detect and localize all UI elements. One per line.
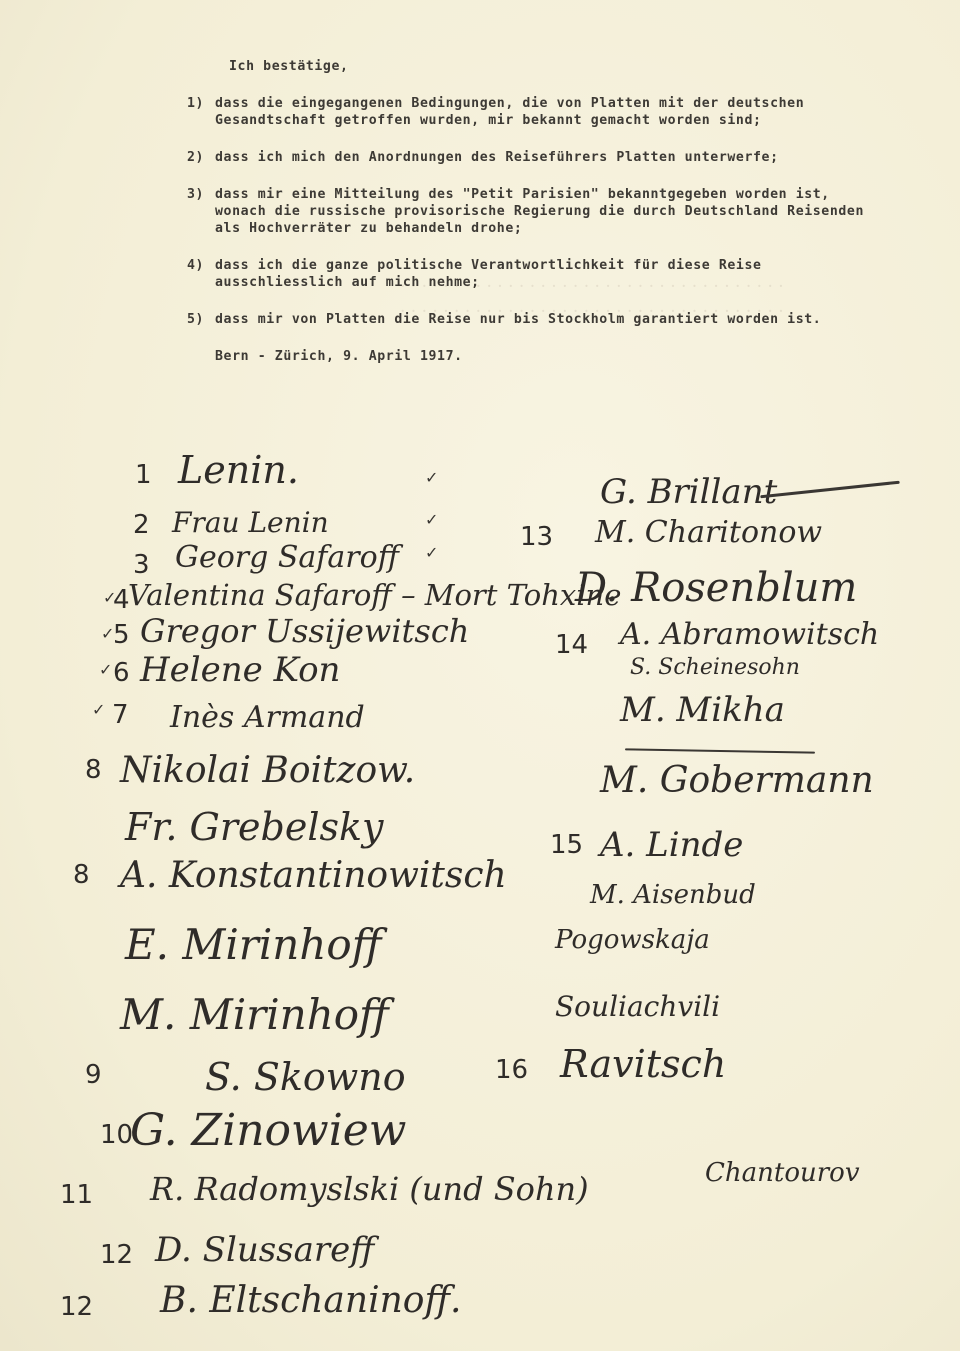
check-mark-icon: ✓ [425,543,438,562]
handwritten-signature: Helene Kon [140,650,340,690]
signature-number: 10 [100,1120,133,1150]
signature-number: 12 [60,1292,93,1322]
handwritten-signature: M. Mirinhoff [120,990,389,1039]
pen-stroke [625,748,815,753]
signature-number: 6 [113,658,130,688]
handwritten-signature: Georg Safaroff [175,540,399,575]
handwritten-signature: G. Zinowiew [130,1105,406,1156]
handwritten-signature: M. Gobermann [600,760,874,801]
check-mark-icon: ✓ [425,510,438,529]
handwritten-signature: D. Slussareff [155,1230,374,1270]
declaration-item: 3) dass mir eine Mitteilung des "Petit P… [187,186,867,237]
declaration-item: 4) dass ich die ganze politische Verantw… [187,257,867,291]
signature-number: 16 [495,1055,528,1085]
declaration-item: 1) dass die eingegangenen Bedingungen, d… [187,95,867,129]
check-mark-icon: ✓ [99,660,112,679]
handwritten-signature: Valentina Safaroff – Mort Tohxine [128,578,621,612]
document-page: . . . . . . . . . . . . . . . . . . . . … [0,0,960,1351]
handwritten-signature: Inès Armand [170,700,365,735]
handwritten-signature: S. Skowno [205,1055,406,1099]
handwritten-signature: Chantourov [705,1158,860,1188]
handwritten-signature: S. Scheinesohn [630,655,800,680]
signature-number: 7 [112,700,129,730]
check-mark-icon: ✓ [92,700,105,719]
handwritten-signature: A. Abramowitsch [620,617,879,652]
declaration-item: 2) dass ich mich den Anordnungen des Rei… [187,149,867,166]
check-mark-icon: ✓ [101,624,114,643]
pen-stroke [760,481,900,499]
signature-number: 15 [550,830,583,860]
check-mark-icon: ✓ [425,468,438,487]
handwritten-signature: Frau Lenin [172,506,329,539]
signature-number: 14 [555,630,588,660]
handwritten-signature: E. Mirinhoff [125,920,381,969]
signature-number: 1 [135,460,152,490]
signature-number: 12 [100,1240,133,1270]
handwritten-signature: Lenin. [178,448,299,492]
signature-number: 2 [133,510,150,540]
signature-number: 9 [85,1060,102,1090]
handwritten-signature: R. Radomyslski (und Sohn) [150,1170,589,1208]
signature-number: 8 [85,755,102,785]
handwritten-signature: M. Mikha [620,690,785,730]
signature-number: 5 [113,620,130,650]
handwritten-signature: Ravitsch [560,1042,726,1086]
check-mark-icon: ✓ [103,588,116,607]
handwritten-signature: Pogowskaja [555,925,710,955]
place-date: Bern - Zürich, 9. April 1917. [215,348,867,365]
handwritten-signature: Gregor Ussijewitsch [140,612,469,650]
handwritten-signature: Nikolai Boitzow. [120,750,415,791]
handwritten-signature: G. Brillant [600,472,777,512]
declaration-item: 5) dass mir von Platten die Reise nur bi… [187,311,867,328]
handwritten-signature: Souliachvili [555,990,720,1023]
handwritten-signature: M. Charitonow [595,515,822,550]
declaration-intro: Ich bestätige, [229,58,867,75]
typed-declaration: Ich bestätige, 1) dass die eingegangenen… [187,58,867,365]
signature-number: 3 [133,550,150,580]
signature-number: 13 [520,522,553,552]
handwritten-signature: M. Aisenbud [590,880,756,910]
signature-number: 8 [73,860,90,890]
handwritten-signature: D. Rosenblum [575,565,857,611]
handwritten-signature: B. Eltschaninoff. [160,1280,461,1321]
signature-number: 11 [60,1180,93,1210]
handwritten-signature: Fr. Grebelsky [125,805,384,849]
handwritten-signature: A. Konstantinowitsch [120,855,507,896]
handwritten-signature: A. Linde [600,825,743,865]
